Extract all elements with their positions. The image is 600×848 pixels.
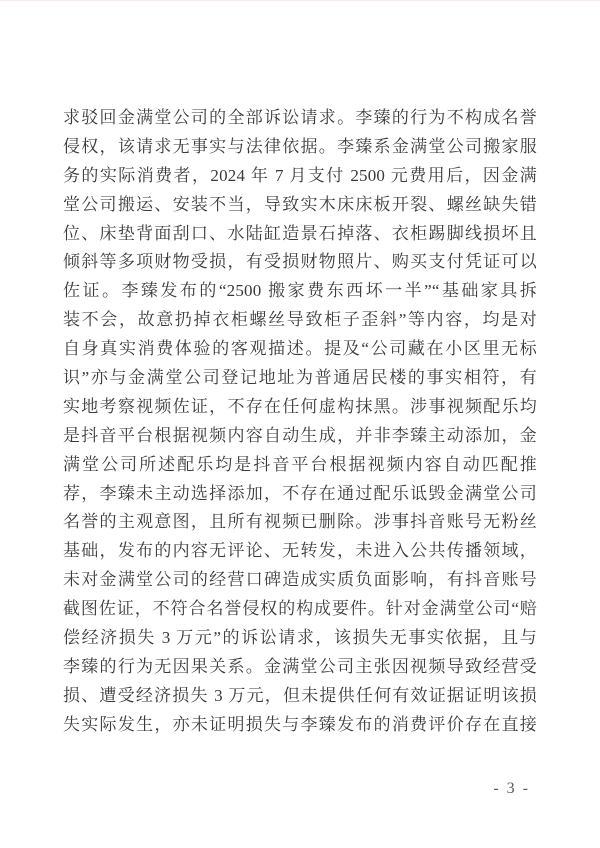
- text-line: 满堂公司所述配乐均是抖音平台根据视频内容自动匹配推: [63, 451, 537, 480]
- text-line: 倾斜等多项财物受损，有受损财物照片、购买支付凭证可以: [63, 248, 537, 277]
- page-number: - 3 -: [493, 780, 530, 798]
- text-line: 失实际发生，亦未证明损失与李臻发布的消费评价存在直接: [63, 711, 537, 740]
- text-line: 未对金满堂公司的经营口碑造成实质负面影响，有抖音账号: [63, 566, 537, 595]
- text-line: 是抖音平台根据视频内容自动生成，并非李臻主动添加，金: [63, 422, 537, 451]
- text-line: 截图佐证，不符合名誉侵权的构成要件。针对金满堂公司“赔: [63, 595, 537, 624]
- text-line: 侵权，该请求无事实与法律依据。李臻系金满堂公司搬家服: [63, 133, 537, 162]
- text-line: 实地考察视频佐证，不存在任何虚构抹黑。涉事视频配乐均: [63, 393, 537, 422]
- text-line: 求驳回金满堂公司的全部诉讼请求。李臻的行为不构成名誉: [63, 104, 537, 133]
- document-page: 求驳回金满堂公司的全部诉讼请求。李臻的行为不构成名誉侵权，该请求无事实与法律依据…: [0, 0, 600, 848]
- text-line: 佐证。李臻发布的“2500 搬家费东西坏一半”“基础家具拆: [63, 277, 537, 306]
- text-line: 损、遭受经济损失 3 万元，但未提供任何有效证据证明该损: [63, 682, 537, 711]
- text-line: 堂公司搬运、安装不当，导致实木床床板开裂、螺丝缺失错: [63, 191, 537, 220]
- text-line: 基础，发布的内容无评论、无转发，未进入公共传播领域，: [63, 537, 537, 566]
- judgment-body-text: 求驳回金满堂公司的全部诉讼请求。李臻的行为不构成名誉侵权，该请求无事实与法律依据…: [63, 104, 537, 740]
- text-line: 李臻的行为无因果关系。金满堂公司主张因视频导致经营受: [63, 653, 537, 682]
- text-line: 务的实际消费者，2024 年 7 月支付 2500 元费用后，因金满: [63, 162, 537, 191]
- text-line: 偿经济损失 3 万元”的诉讼请求，该损失无事实依据，且与: [63, 624, 537, 653]
- text-line: 识”亦与金满堂公司登记地址为普通居民楼的事实相符，有: [63, 364, 537, 393]
- text-line: 名誉的主观意图，且所有视频已删除。涉事抖音账号无粉丝: [63, 508, 537, 537]
- text-line: 自身真实消费体验的客观描述。提及“公司藏在小区里无标: [63, 335, 537, 364]
- text-line: 荐，李臻未主动选择添加，不存在通过配乐诋毁金满堂公司: [63, 480, 537, 509]
- text-line: 装不会，故意扔掉衣柜螺丝导致柜子歪斜”等内容，均是对: [63, 306, 537, 335]
- text-line: 位、床垫背面刮口、水陆缸造景石掉落、衣柜踢脚线损坏且: [63, 220, 537, 249]
